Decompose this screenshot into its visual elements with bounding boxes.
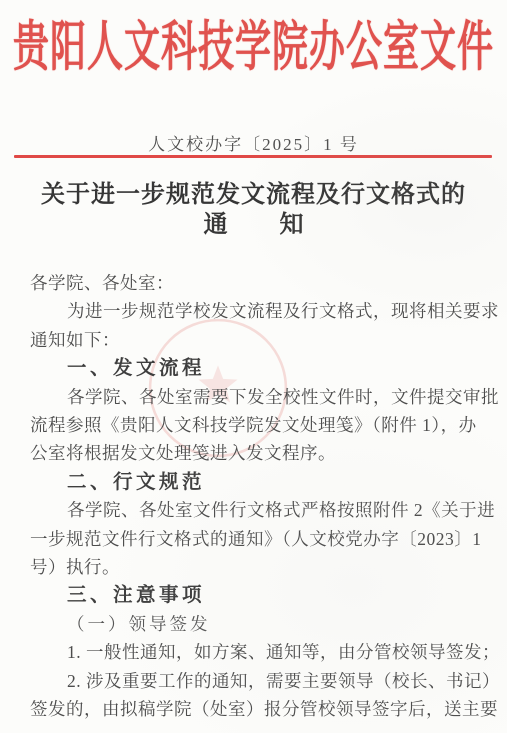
body-text-line: 1. 一般性通知，如方案、通知等，由分管校领导签发； bbox=[30, 638, 480, 666]
document-header-title: 贵阳人文科技学院办公室文件 bbox=[0, 5, 507, 82]
section-heading: 一、发文流程 bbox=[30, 354, 480, 382]
document-title-line-2: 通 知 bbox=[0, 210, 507, 240]
document-title-line-1: 关于进一步规范发文流程及行文格式的 bbox=[0, 180, 507, 210]
body-text-line: 公室将根据发文处理笺进入发文程序。 bbox=[30, 439, 480, 467]
body-text-line: 号）执行。 bbox=[30, 553, 480, 581]
body-text-line: 一步规范文件行文格式的通知》（人文校党办字〔2023〕1 bbox=[30, 525, 480, 553]
body-text-line: 流程参照《贵阳人文科技学院发文处理笺》（附件 1），办 bbox=[30, 411, 480, 439]
body-text-line: 2. 涉及重要工作的通知，需要主要领导（校长、书记） bbox=[30, 667, 480, 695]
document-title: 关于进一步规范发文流程及行文格式的 通 知 bbox=[0, 180, 507, 240]
body-text-line: 签发的，由拟稿学院（处室）报分管校领导签字后，送主要 bbox=[30, 695, 480, 723]
document-body: 各学院、各处室：为进一步规范学校发文流程及行文格式，现将相关要求通知如下：一、发… bbox=[30, 269, 480, 724]
body-text-line: 各学院、各处室需要下发全校性文件时，文件提交审批 bbox=[30, 383, 480, 411]
body-text-line: 各学院、各处室文件行文格式严格按照附件 2《关于进 bbox=[30, 496, 480, 524]
document-number: 人文校办字〔2025〕1 号 bbox=[0, 130, 507, 155]
section-heading: 三、注意事项 bbox=[30, 581, 480, 609]
sub-section-heading: （一）领导签发 bbox=[30, 610, 480, 638]
document-page: 贵阳人文科技学院办公室文件 人文校办字〔2025〕1 号 关于进一步规范发文流程… bbox=[0, 0, 507, 733]
body-text-line: 为进一步规范学校发文流程及行文格式，现将相关要求 bbox=[30, 297, 480, 325]
body-text-line: 通知如下： bbox=[30, 326, 480, 354]
section-heading: 二、行文规范 bbox=[30, 468, 480, 496]
body-text-line: 各学院、各处室： bbox=[30, 269, 480, 297]
red-separator-line bbox=[14, 155, 492, 158]
